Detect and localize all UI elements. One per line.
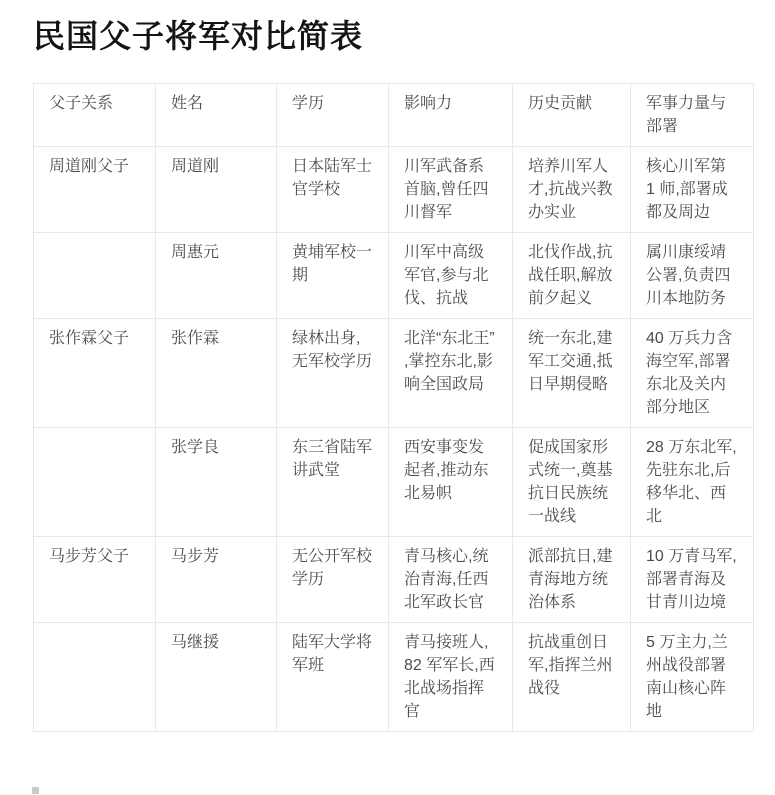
cell-contribution: 培养川军人才,抗战兴教办实业 [513,147,631,233]
cell-influence: 青马核心,统治青海,任西北军政长官 [389,537,513,623]
cell-education: 日本陆军士官学校 [277,147,389,233]
header-row: 父子关系 姓名 学历 影响力 历史贡献 军事力量与部署 [34,84,754,147]
cell-education: 无公开军校学历 [277,537,389,623]
page-title: 民国父子将军对比简表 [33,0,753,53]
cell-influence: 青马接班人,82 军军长,西北战场指挥官 [389,623,513,732]
cell-influence: 西安事变发起者,推动东北易帜 [389,428,513,537]
cell-military: 28 万东北军,先驻东北,后移华北、西北 [631,428,754,537]
cell-contribution: 抗战重创日军,指挥兰州战役 [513,623,631,732]
column-header-influence: 影响力 [389,84,513,147]
cell-name: 张学良 [156,428,277,537]
cell-contribution: 统一东北,建军工交通,抵日早期侵略 [513,319,631,428]
cell-contribution: 促成国家形式统一,奠基抗日民族统一战线 [513,428,631,537]
table-row: 张学良 东三省陆军讲武堂 西安事变发起者,推动东北易帜 促成国家形式统一,奠基抗… [34,428,754,537]
column-header-contribution: 历史贡献 [513,84,631,147]
cell-name: 马继援 [156,623,277,732]
cell-military: 核心川军第 1 师,部署成都及周边 [631,147,754,233]
cell-name: 周道刚 [156,147,277,233]
table-body: 周道刚父子 周道刚 日本陆军士官学校 川军武备系首脑,曾任四川督军 培养川军人才… [34,147,754,732]
cell-relation: 周道刚父子 [34,147,156,233]
table-row: 周道刚父子 周道刚 日本陆军士官学校 川军武备系首脑,曾任四川督军 培养川军人才… [34,147,754,233]
table-row: 张作霖父子 张作霖 绿林出身,无军校学历 北洋“东北王”,掌控东北,影响全国政局… [34,319,754,428]
cell-influence: 川军武备系首脑,曾任四川督军 [389,147,513,233]
column-header-relation: 父子关系 [34,84,156,147]
horizontal-scrollbar-thumb[interactable] [32,787,39,794]
cell-education: 黄埔军校一期 [277,233,389,319]
cell-relation: 马步芳父子 [34,537,156,623]
cell-relation: 张作霖父子 [34,319,156,428]
table-row: 周惠元 黄埔军校一期 川军中高级军官,参与北伐、抗战 北伐作战,抗战任职,解放前… [34,233,754,319]
cell-military: 40 万兵力含海空军,部署东北及关内部分地区 [631,319,754,428]
cell-name: 周惠元 [156,233,277,319]
column-header-education: 学历 [277,84,389,147]
cell-relation [34,623,156,732]
generals-comparison-table: 父子关系 姓名 学历 影响力 历史贡献 军事力量与部署 周道刚父子 周道刚 日本… [33,83,754,732]
cell-education: 东三省陆军讲武堂 [277,428,389,537]
cell-relation [34,233,156,319]
table-row: 马步芳父子 马步芳 无公开军校学历 青马核心,统治青海,任西北军政长官 派部抗日… [34,537,754,623]
cell-education: 绿林出身,无军校学历 [277,319,389,428]
cell-military: 属川康绥靖公署,负责四川本地防务 [631,233,754,319]
cell-name: 马步芳 [156,537,277,623]
cell-name: 张作霖 [156,319,277,428]
column-header-military: 军事力量与部署 [631,84,754,147]
table-header: 父子关系 姓名 学历 影响力 历史贡献 军事力量与部署 [34,84,754,147]
cell-contribution: 派部抗日,建青海地方统治体系 [513,537,631,623]
cell-influence: 川军中高级军官,参与北伐、抗战 [389,233,513,319]
cell-military: 10 万青马军,部署青海及甘青川边境 [631,537,754,623]
column-header-name: 姓名 [156,84,277,147]
table-row: 马继援 陆军大学将军班 青马接班人,82 军军长,西北战场指挥官 抗战重创日军,… [34,623,754,732]
cell-influence: 北洋“东北王”,掌控东北,影响全国政局 [389,319,513,428]
cell-military: 5 万主力,兰州战役部署南山核心阵地 [631,623,754,732]
cell-contribution: 北伐作战,抗战任职,解放前夕起义 [513,233,631,319]
cell-relation [34,428,156,537]
page: 民国父子将军对比简表 父子关系 姓名 学历 影响力 历史贡献 军事力量与部署 周… [0,0,775,795]
cell-education: 陆军大学将军班 [277,623,389,732]
